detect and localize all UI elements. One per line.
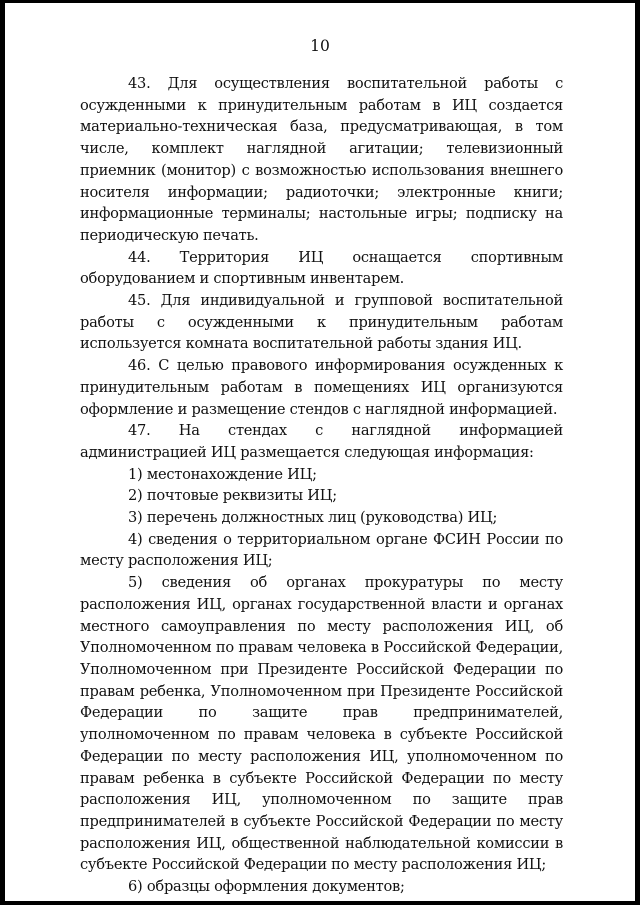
list-item-1: 1) местонахождение ИЦ; [80, 464, 563, 486]
page-number: 10 [0, 36, 640, 56]
paragraph-43: 43. Для осуществления воспитательной раб… [80, 73, 563, 247]
paragraph-44: 44. Территория ИЦ оснащается спортивным … [80, 247, 563, 290]
list-item-6: 6) образцы оформления документов; [80, 876, 563, 898]
list-item-2: 2) почтовые реквизиты ИЦ; [80, 485, 563, 507]
document-body: 43. Для осуществления воспитательной раб… [80, 73, 563, 898]
scan-edge-right [635, 0, 640, 905]
scan-edge-left [0, 0, 5, 905]
list-item-4: 4) сведения о территориальном органе ФСИ… [80, 529, 563, 572]
paragraph-46: 46. С целью правового информирования осу… [80, 355, 563, 420]
scan-edge-bottom [0, 901, 640, 905]
paragraph-47: 47. На стендах с наглядной информацией а… [80, 420, 563, 463]
scan-edge-top [0, 0, 640, 3]
list-item-5: 5) сведения об органах прокуратуры по ме… [80, 572, 563, 876]
paragraph-45: 45. Для индивидуальной и групповой воспи… [80, 290, 563, 355]
list-item-3: 3) перечень должностных лиц (руководства… [80, 507, 563, 529]
